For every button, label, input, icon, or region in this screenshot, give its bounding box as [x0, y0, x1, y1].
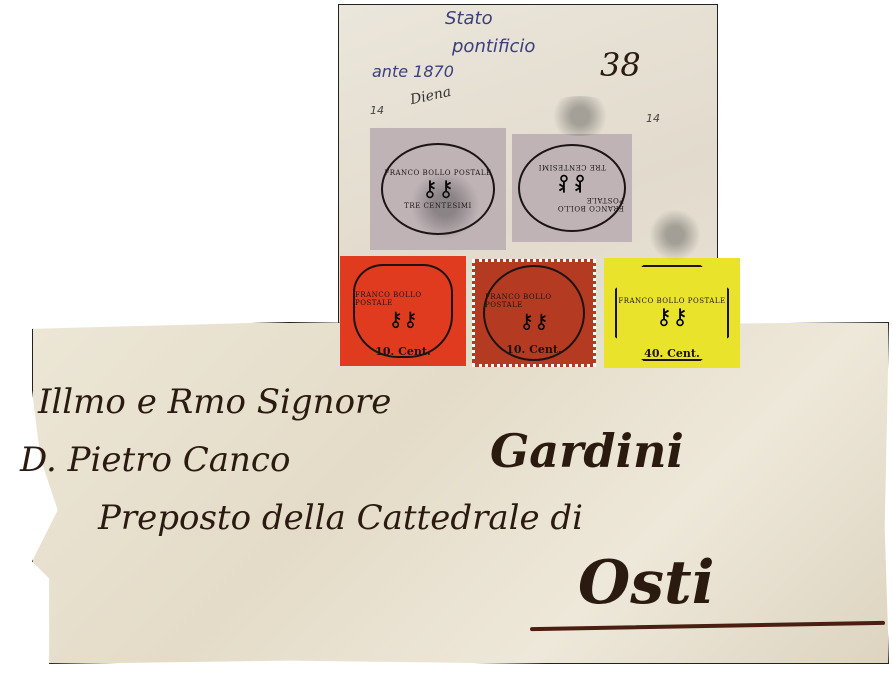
ink-number: 38 [600, 46, 641, 84]
margin-note-left: 14 [370, 104, 384, 117]
margin-note-right: 14 [646, 112, 660, 125]
stamp-legend-top: FRANCO BOLLO POSTALE [618, 297, 725, 305]
address-city: Osti [578, 548, 715, 618]
address-name-prefix: D. Pietro Canco [20, 440, 290, 480]
stamp-legend-top: FRANCO BOLLO POSTALE [355, 291, 451, 307]
pencil-note-stato: Stato [445, 8, 493, 29]
cancellation-mark [640, 210, 710, 260]
stamp-value: 40. Cent. [644, 347, 700, 360]
cancellation-mark [400, 170, 490, 240]
stamp-10-cent-vermilion: FRANCO BOLLO POSTALE ⚷⚷ 10. Cent. [340, 256, 466, 366]
address-salutation: Illmo e Rmo Signore [38, 382, 391, 422]
address-surname: Gardini [490, 424, 684, 478]
address-title: Preposto della Cattedrale di [98, 498, 583, 538]
stamp-legend-top: FRANCO BOLLO POSTALE [520, 197, 624, 213]
stamp-value: 10. Cent. [375, 345, 431, 358]
stamp-value: 10. Cent. [506, 343, 562, 356]
pencil-note-pontificio: pontificio [452, 36, 535, 57]
stamp-40-cent-yellow: FRANCO BOLLO POSTALE ⚷⚷ 40. Cent. [604, 258, 740, 368]
stamp-legend-top: FRANCO BOLLO POSTALE [485, 293, 583, 309]
stamp-10-cent-perforated: FRANCO BOLLO POSTALE ⚷⚷ 10. Cent. [472, 259, 596, 367]
cancellation-mark [540, 96, 620, 136]
pencil-note-date: ante 1870 [372, 62, 454, 81]
lower-paper-fragment [32, 322, 889, 664]
stamp-3-centesimi-inverted: FRANCO BOLLO POSTALE ⚷⚷ TRE CENTESIMI [512, 134, 632, 242]
stamp-legend-bottom: TRE CENTESIMI [538, 164, 606, 172]
